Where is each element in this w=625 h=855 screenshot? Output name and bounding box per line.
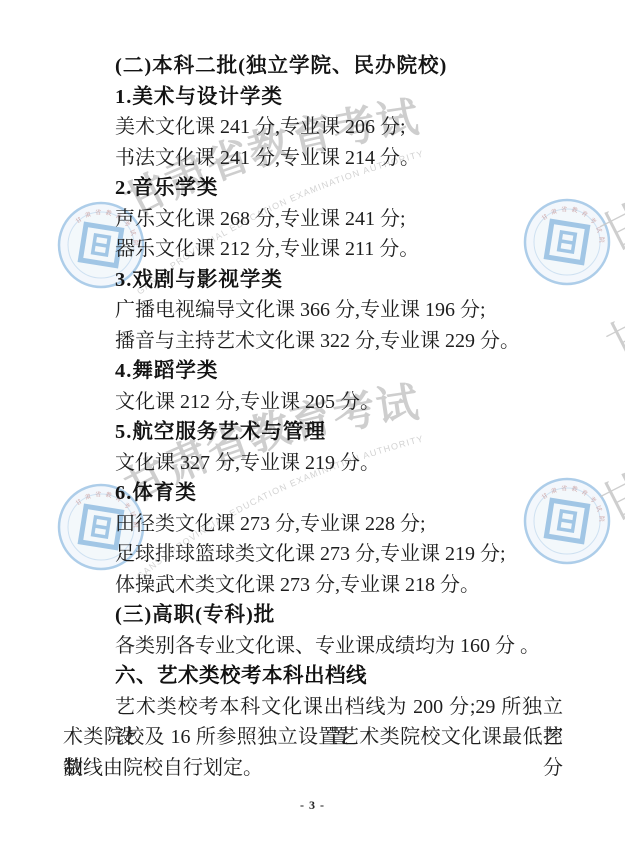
- page-number: - 3 -: [0, 798, 625, 813]
- doc-line: 播音与主持艺术文化课 322 分,专业课 229 分。: [63, 326, 563, 357]
- section-heading: (三)高职(专科)批: [63, 600, 563, 631]
- watermark-partial-glyph: 甘: [588, 455, 625, 535]
- section-heading: 4.舞蹈学类: [63, 356, 563, 387]
- doc-line: 术类院校及 16 所参照独立设置艺术类院校文化课最低控制分: [63, 722, 563, 753]
- doc-line: 声乐文化课 268 分,专业课 241 分;: [63, 204, 563, 235]
- document-page: 甘肃省教育考试院 GANSU PROVINCIAL EDUCATION EXAM…: [0, 0, 625, 855]
- doc-line: 广播电视编导文化课 366 分,专业课 196 分;: [63, 295, 563, 326]
- section-heading: 6.体育类: [63, 478, 563, 509]
- doc-line: 文化课 212 分,专业课 205 分。: [63, 387, 563, 418]
- document-body: (二)本科二批(独立学院、民办院校) 1.美术与设计学类 美术文化课 241 分…: [63, 51, 563, 783]
- doc-line: 田径类文化课 273 分,专业课 228 分;: [63, 509, 563, 540]
- doc-line: 书法文化课 241 分,专业课 214 分。: [63, 143, 563, 174]
- watermark-partial-glyph: 甘: [588, 185, 625, 265]
- section-heading: 3.戏剧与影视学类: [63, 265, 563, 296]
- doc-line: 足球排球篮球类文化课 273 分,专业课 219 分;: [63, 539, 563, 570]
- doc-line: 文化课 327 分,专业课 219 分。: [63, 448, 563, 479]
- doc-line: 各类别各专业文化课、专业课成绩均为 160 分 。: [63, 631, 563, 662]
- section-heading: 1.美术与设计学类: [63, 82, 563, 113]
- doc-line: 体操武术类文化课 273 分,专业课 218 分。: [63, 570, 563, 601]
- section-heading: 六、艺术类校考本科出档线: [63, 661, 563, 692]
- doc-line: 艺术类校考本科文化课出档线为 200 分;29 所独立设置艺: [63, 692, 563, 723]
- doc-line: 器乐文化课 212 分,专业课 211 分。: [63, 234, 563, 265]
- section-heading: (二)本科二批(独立学院、民办院校): [63, 51, 563, 82]
- section-heading: 2.音乐学类: [63, 173, 563, 204]
- watermark-partial-glyph: 甘: [594, 295, 625, 375]
- section-heading: 5.航空服务艺术与管理: [63, 417, 563, 448]
- doc-line: 美术文化课 241 分,专业课 206 分;: [63, 112, 563, 143]
